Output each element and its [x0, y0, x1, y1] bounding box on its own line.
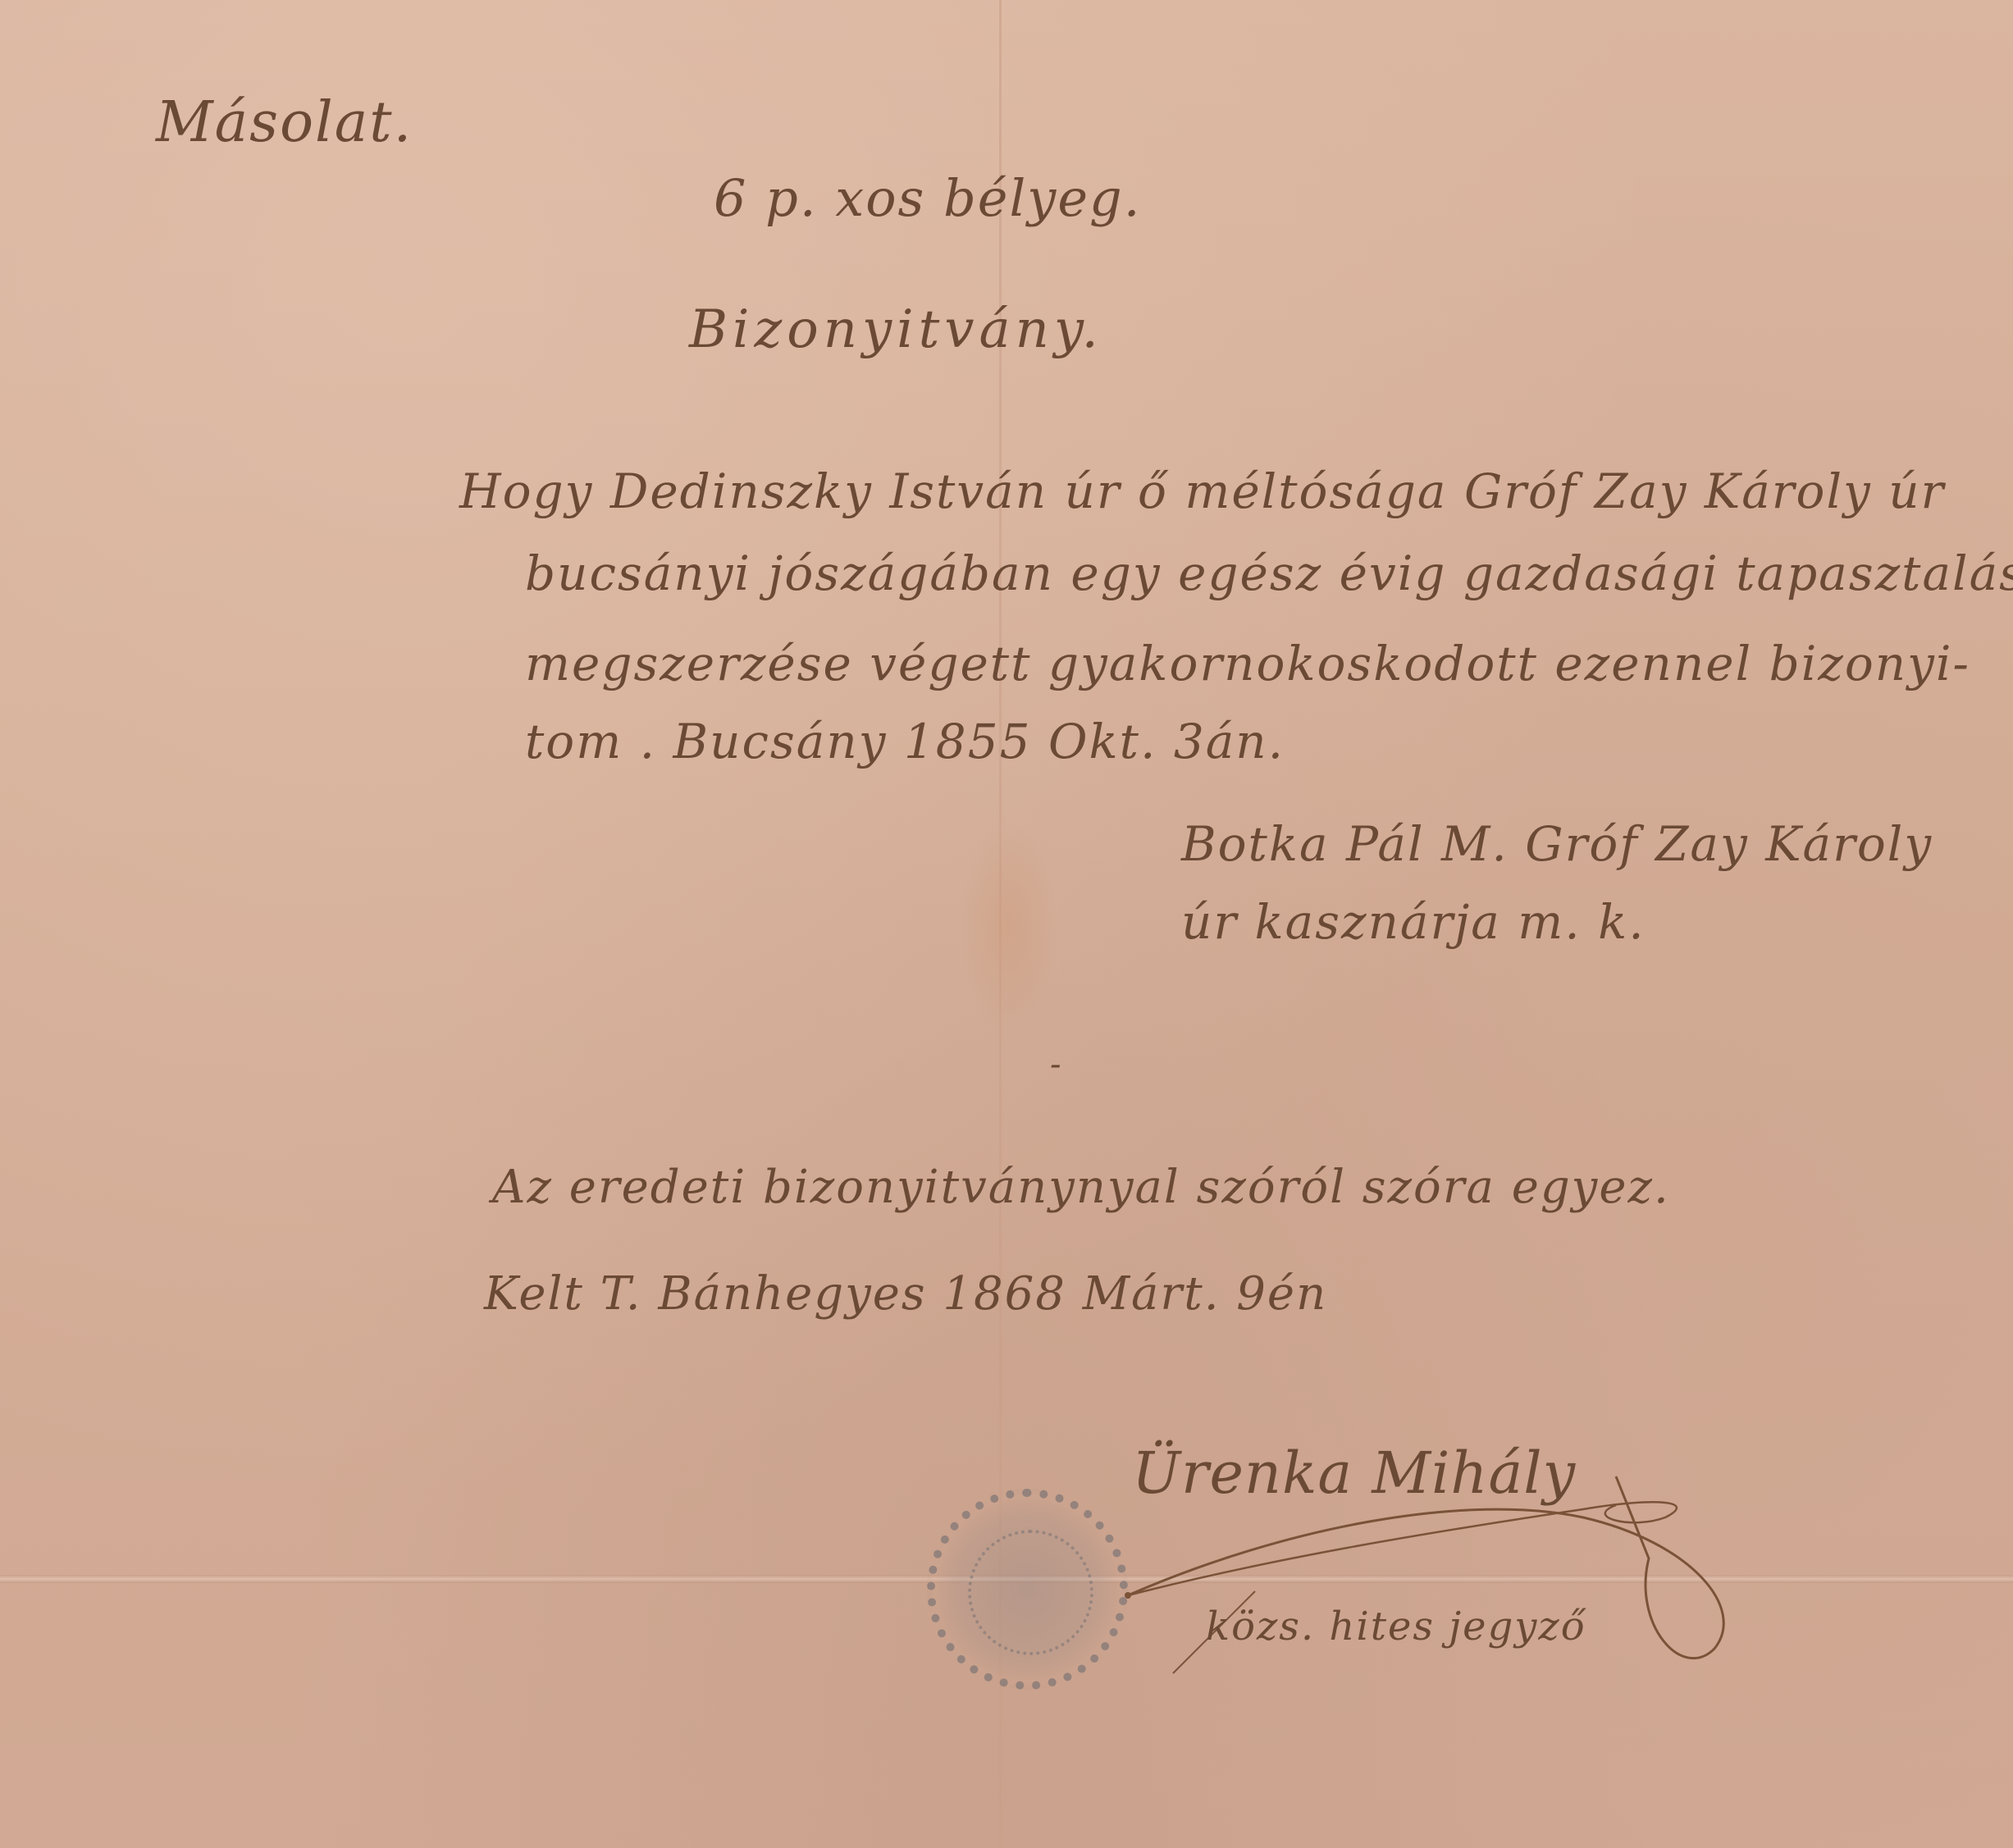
body-line-4: tom . Bucsány 1855 Okt. 3án.	[525, 714, 1285, 769]
document-title: Bizonyitvány.	[689, 299, 1103, 360]
original-signature-line-2: úr kasznárja m. k.	[1181, 894, 1646, 950]
copy-label: Másolat.	[156, 90, 413, 155]
certifier-signature-name: Ürenka Mihály	[1132, 1440, 1576, 1507]
stamp-note: 6 p. xos bélyeg.	[714, 168, 1141, 228]
certifier-title: közs. hites jegyző	[1206, 1604, 1586, 1650]
original-signature-line-1: Botka Pál M. Gróf Zay Károly	[1181, 816, 1933, 872]
body-line-3: megszerzése végett gyakornokoskodott eze…	[525, 636, 1970, 691]
paper-stain	[960, 820, 1058, 1034]
body-line-1: Hogy Dedinszky István úr ő méltósága Gró…	[459, 463, 1945, 519]
official-seal	[927, 1489, 1128, 1690]
seal-inner-ring	[968, 1530, 1093, 1655]
certification-statement: Az eredeti bizonyitványnyal szóról szóra…	[492, 1161, 1670, 1214]
certification-place-date: Kelt T. Bánhegyes 1868 Márt. 9én	[484, 1267, 1327, 1321]
separator-mark: -	[1050, 1046, 1063, 1084]
body-line-2: bucsányi jószágában egy egész évig gazda…	[525, 545, 2013, 601]
